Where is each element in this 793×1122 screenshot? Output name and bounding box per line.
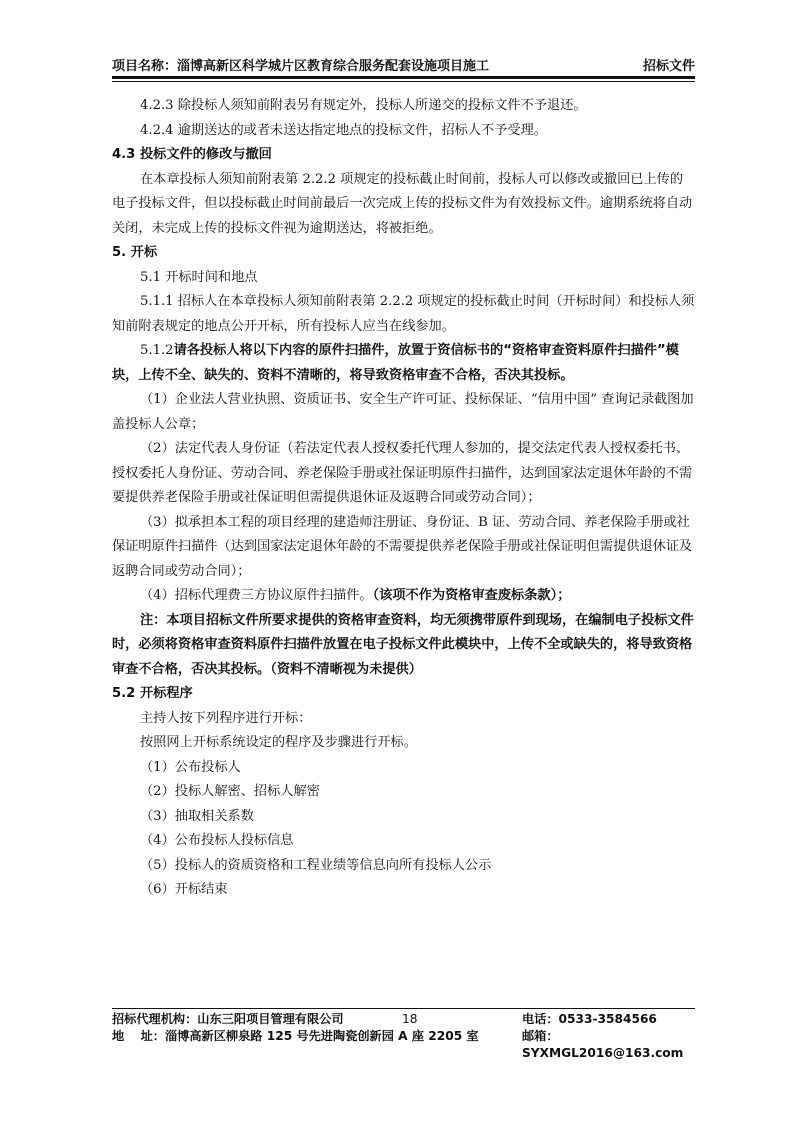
clause-4-3: 在本章投标人须知前附表第 2.2.2 项规定的投标截止时间前，投标人可以修改或撤… [112, 168, 695, 242]
page-number: 18 [402, 1011, 418, 1028]
requirement-item-2: （2）法定代表人身份证（若法定代表人授权委托代理人参加的，提交法定代表人授权委托… [112, 437, 695, 511]
document-body: 4.2.3 除投标人须知前附表另有规定外，投标人所递交的投标文件不予退还。 4.… [112, 94, 695, 903]
step-item: （4）公布投标人投标信息 [112, 829, 695, 854]
footer-row-2: 地 址：淄博高新区柳泉路 125 号先进陶瓷创新园 A 座 2205 室 邮箱：… [112, 1028, 695, 1045]
clause-4-2-4: 4.2.4 逾期送达的或者未送达指定地点的投标文件，招标人不予受理。 [112, 119, 695, 144]
step-item: （2）投标人解密、招标人解密 [112, 780, 695, 805]
clause-5-1-1: 5.1.1 招标人在本章投标人须知前附表第 2.2.2 项规定的投标截止时间（开… [112, 290, 695, 339]
agency-address: 地 址：淄博高新区柳泉路 125 号先进陶瓷创新园 A 座 2205 室 [112, 1028, 479, 1045]
step-item: （1）公布投标人 [112, 756, 695, 781]
document-type: 招标文件 [643, 55, 695, 74]
requirement-item-4-text: （4）招标代理费三方协议原件扫描件。 [140, 588, 373, 603]
step-item: （3）抽取相关系数 [112, 805, 695, 830]
step-item: （6）开标结束 [112, 878, 695, 903]
host-instruction: 主持人按下列程序进行开标： [112, 707, 695, 732]
heading-5: 5. 开标 [112, 241, 695, 266]
note-paragraph: 注：本项目招标文件所要求提供的资格审查资料，均无须携带原件到现场，在编制电子投标… [112, 609, 695, 683]
agency-name: 招标代理机构：山东三阳项目管理有限公司 [112, 1011, 344, 1028]
phone-number: 电话：0533-3584566 [522, 1011, 657, 1028]
step-item: （5）投标人的资质资格和工程业绩等信息向所有投标人公示 [112, 854, 695, 879]
requirement-item-4-note: （该项不作为资格审查废标条款）； [373, 588, 571, 603]
heading-5-2: 5.2 开标程序 [112, 682, 695, 707]
requirement-item-3: （3）拟承担本工程的项目经理的建造师注册证、身份证、B 证、劳动合同、养老保险手… [112, 511, 695, 585]
clause-5-1-2-number: 5.1.2 [140, 343, 174, 358]
system-instruction: 按照网上开标系统设定的程序及步骤进行开标。 [112, 731, 695, 756]
header-rule-thick [112, 76, 695, 79]
project-name: 项目名称：淄博高新区科学城片区教育综合服务配套设施项目施工 [112, 55, 489, 74]
requirement-item-1: （1）企业法人营业执照、资质证书、安全生产许可证、投标保证、“信用中国” 查询记… [112, 388, 695, 437]
page-header: 项目名称：淄博高新区科学城片区教育综合服务配套设施项目施工 招标文件 [112, 52, 695, 74]
requirement-item-4: （4）招标代理费三方协议原件扫描件。（该项不作为资格审查废标条款）； [112, 584, 695, 609]
clause-4-2-3: 4.2.3 除投标人须知前附表另有规定外，投标人所递交的投标文件不予退还。 [112, 94, 695, 119]
heading-4-3: 4.3 投标文件的修改与撤回 [112, 143, 695, 168]
clause-5-1-2: 5.1.2请各投标人将以下内容的原件扫描件，放置于资信标书的“资格审查资料原件扫… [112, 339, 695, 388]
clause-5-1-2-text: 请各投标人将以下内容的原件扫描件，放置于资信标书的“资格审查资料原件扫描件”模块… [112, 343, 679, 383]
header-rule-thin [112, 81, 695, 82]
footer-rule [112, 1008, 695, 1009]
page-footer: 招标代理机构：山东三阳项目管理有限公司 18 电话：0533-3584566 地… [112, 1011, 695, 1045]
email-address: 邮箱：SYXMGL2016@163.com [522, 1028, 695, 1062]
clause-5-1: 5.1 开标时间和地点 [112, 266, 695, 291]
footer-row-1: 招标代理机构：山东三阳项目管理有限公司 18 电话：0533-3584566 [112, 1011, 695, 1028]
